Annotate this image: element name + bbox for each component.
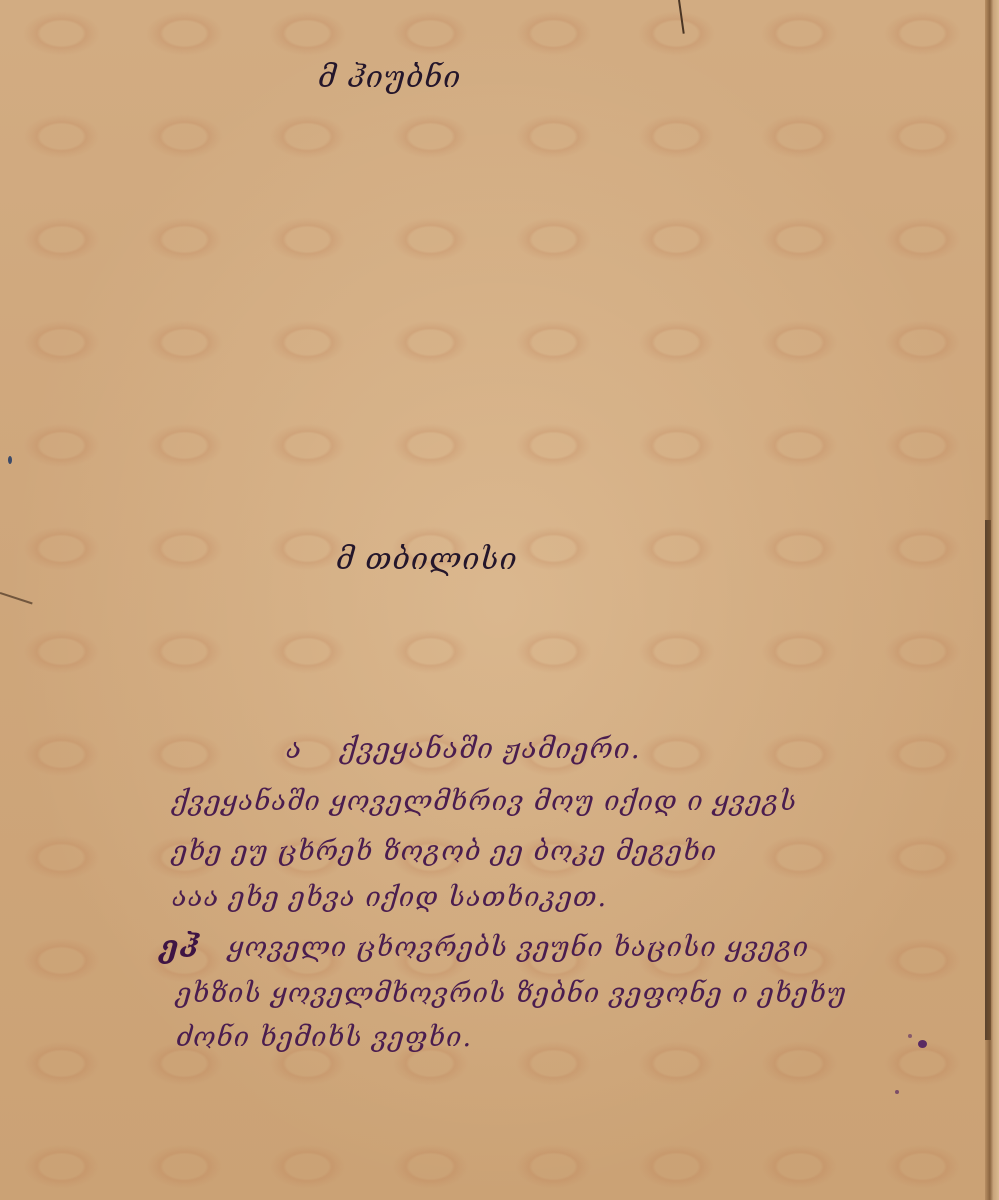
heading-top: მ ჰიუბნი — [318, 60, 461, 95]
ink-speck — [8, 456, 12, 464]
section-marker: ა — [286, 732, 302, 765]
text-line-1: ქვეყანაში ყოველმხრივ მოუ იქიდ ი ყვეგს — [172, 786, 797, 817]
section-title: ქვეყანაში ჟამიერი. — [340, 732, 641, 765]
text-line-5: ეხზის ყოველმხოვრის ზებნი ვეფონე ი ეხეხუ — [176, 978, 847, 1009]
paper-watermark-pattern — [0, 0, 999, 1200]
text-line-3: ააა ეხე ეხვა იქიდ სათხიკეთ. — [172, 882, 607, 913]
notebook-page: მ ჰიუბნი მ თბილისი ა ქვეყანაში ჟამიერი. … — [0, 0, 999, 1200]
heading-middle: მ თბილისი — [336, 542, 518, 577]
paper-crease — [0, 592, 33, 604]
ink-speck — [895, 1090, 899, 1094]
text-line-4: ყოველი ცხოვრებს ვეუნი ხაცისი ყვეგი — [228, 932, 809, 963]
text-line-2: ეხე ეუ ცხრეხ ზოგობ ეე ბოკე მეგეხი — [172, 836, 717, 867]
paper-tear — [678, 0, 685, 34]
ink-blot — [918, 1040, 927, 1048]
binding-shadow — [985, 520, 991, 1040]
ruled-lines — [0, 0, 999, 1200]
ink-blot — [908, 1034, 912, 1038]
text-line-6: ძონი ხემიხს ვეფხი. — [176, 1022, 472, 1053]
paragraph-marker: ეჰ — [160, 930, 199, 965]
